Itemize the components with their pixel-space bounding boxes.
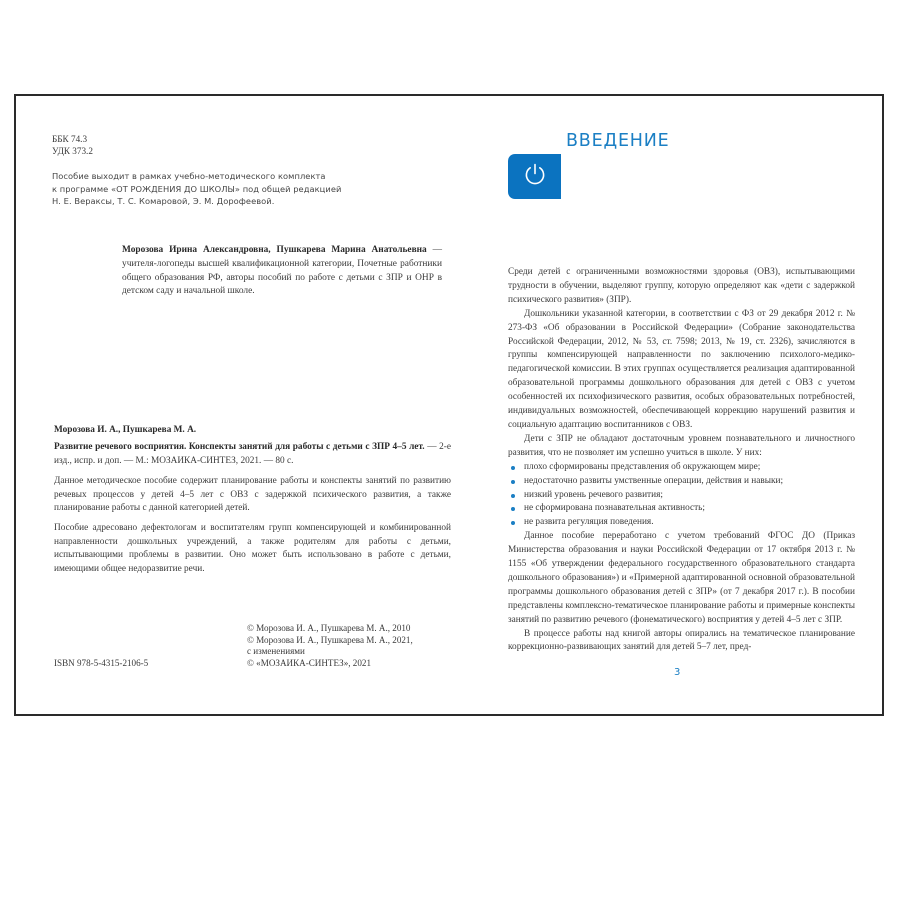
copyright-line: © «МОЗАИКА-СИНТЕЗ», 2021 bbox=[247, 658, 413, 670]
list-item: не развита регуляция поведения. bbox=[508, 516, 855, 530]
body-paragraph: Данное пособие переработано с учетом тре… bbox=[508, 530, 855, 627]
copyright-line: с изменениями bbox=[247, 646, 413, 658]
body-paragraph: Дети с ЗПР не обладают достаточным уровн… bbox=[508, 433, 855, 461]
series-note-line: Пособие выходит в рамках учебно-методиче… bbox=[52, 170, 341, 183]
bibliographic-record: Морозова И. А., Пушкарева М. А. Развитие… bbox=[54, 424, 451, 576]
body-paragraph: Среди детей с ограниченными возможностям… bbox=[508, 266, 855, 308]
bullet-list: плохо сформированы представления об окру… bbox=[508, 461, 855, 531]
authors-bio: Морозова Ирина Александровна, Пушкарева … bbox=[122, 244, 442, 299]
abstract-paragraph: Пособие адресовано дефектологам и воспит… bbox=[54, 522, 451, 576]
list-item: недостаточно развиты умственные операции… bbox=[508, 475, 855, 489]
list-item: плохо сформированы представления об окру… bbox=[508, 461, 855, 475]
body-paragraph: Дошкольники указанной категории, в соотв… bbox=[508, 308, 855, 433]
classification-codes: ББК 74.3 УДК 373.2 bbox=[52, 133, 93, 157]
bib-title: Развитие речевого восприятия. Конспекты … bbox=[54, 442, 425, 452]
page-number: 3 bbox=[674, 667, 680, 678]
introduction-body: Среди детей с ограниченными возможностям… bbox=[508, 266, 855, 655]
power-icon bbox=[522, 161, 548, 192]
series-note-line: Н. Е. Вераксы, Т. С. Комаровой, Э. М. До… bbox=[52, 195, 341, 208]
copyright-block: © Морозова И. А., Пушкарева М. А., 2010 … bbox=[247, 623, 413, 669]
section-title: ВВЕДЕНИЕ bbox=[566, 131, 670, 151]
abstract-paragraph: Данное методическое пособие содержит пла… bbox=[54, 475, 451, 515]
authors-names: Морозова Ирина Александровна, Пушкарева … bbox=[122, 245, 427, 255]
series-note-line: к программе «ОТ РОЖДЕНИЯ ДО ШКОЛЫ» под о… bbox=[52, 183, 341, 196]
copyright-line: © Морозова И. А., Пушкарева М. А., 2010 bbox=[247, 623, 413, 635]
copyright-line: © Морозова И. А., Пушкарева М. А., 2021, bbox=[247, 635, 413, 647]
body-paragraph: В процессе работы над книгой авторы опир… bbox=[508, 628, 855, 656]
list-item: не сформирована познавательная активност… bbox=[508, 502, 855, 516]
series-note: Пособие выходит в рамках учебно-методиче… bbox=[52, 170, 341, 208]
udk-code: УДК 373.2 bbox=[52, 145, 93, 157]
section-icon-box bbox=[508, 154, 561, 199]
isbn: ISBN 978-5-4315-2106-5 bbox=[54, 658, 148, 668]
list-item: низкий уровень речевого развития; bbox=[508, 489, 855, 503]
bbk-code: ББК 74.3 bbox=[52, 133, 93, 145]
bib-authors: Морозова И. А., Пушкарева М. А. bbox=[54, 424, 451, 437]
